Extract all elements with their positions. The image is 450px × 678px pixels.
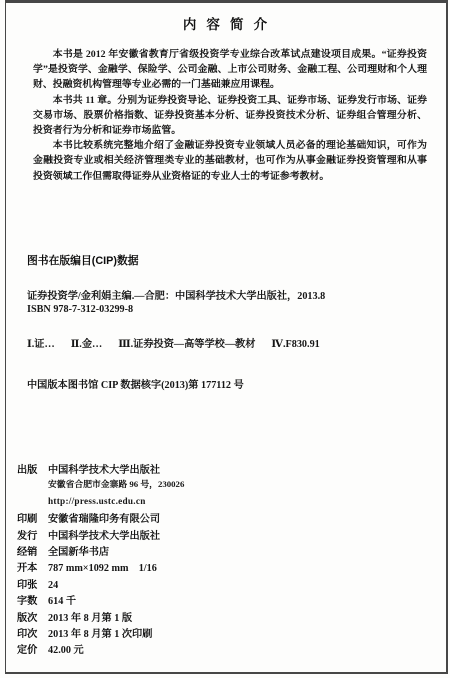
colophon-row: 出版中国科学技术大学出版社 [17, 461, 430, 477]
colophon-row: 字数614 千 [17, 592, 430, 608]
colophon-value: 2013 年 8 月第 1 版 [48, 609, 132, 624]
cip-isbn-line: ISBN 978-7-312-03299-8 [27, 304, 133, 315]
colophon-label: 开本 [17, 559, 48, 574]
colophon-row: 经销全国新华书店 [17, 543, 430, 559]
publisher-url: http://press.ustc.edu.cn [48, 494, 430, 510]
colophon-section: 出版中国科学技术大学出版社安徽省合肥市金寨路 96 号，230026http:/… [17, 461, 430, 658]
cip-classification-segment: Ⅱ.金… [71, 339, 103, 350]
summary-paragraph: 本书比较系统完整地介绍了金融证券投资专业领域人员必备的理论基础知识，可作为金融投… [33, 138, 427, 184]
colophon-value: 614 千 [48, 592, 76, 607]
colophon-label: 版次 [17, 609, 48, 624]
cip-heading: 图书在版编目(CIP)数据 [27, 253, 139, 268]
colophon-row: 开本787 mm×1092 mm 1/16 [17, 559, 430, 575]
colophon-row: 版次2013 年 8 月第 1 版 [17, 609, 430, 625]
colophon-row: 定价42.00 元 [17, 641, 430, 657]
colophon-value: 中国科学技术大学出版社 [48, 527, 160, 542]
summary-title: 内容简介 [0, 13, 450, 33]
colophon-row: 印刷安徽省瑞隆印务有限公司 [17, 510, 430, 526]
colophon-value: 787 mm×1092 mm 1/16 [48, 559, 157, 574]
summary-paragraphs: 本书是 2012 年安徽省教育厅省级投资学专业综合改革试点建设项目成果。“证券投… [33, 47, 427, 184]
cip-classification-line: Ⅰ.证…Ⅱ.金…Ⅲ.证券投资—高等学校—教材Ⅳ.F830.91 [27, 335, 320, 350]
cip-classification-segment: Ⅳ.F830.91 [271, 339, 319, 350]
colophon-value: 中国科学技术大学出版社 [48, 461, 160, 476]
colophon-value: 安徽省瑞隆印务有限公司 [48, 510, 160, 525]
colophon-label: 字数 [17, 592, 48, 607]
summary-paragraph: 本书共 11 章。分别为证券投资导论、证券投资工具、证券市场、证券发行市场、证券… [33, 93, 427, 139]
colophon-value: 24 [48, 580, 58, 591]
colophon-label: 印刷 [17, 510, 48, 525]
publisher-address: 安徽省合肥市金寨路 96 号，230026 [48, 477, 430, 493]
colophon-label: 出版 [17, 461, 48, 476]
colophon-value: 2013 年 8 月第 1 次印刷 [48, 625, 152, 640]
summary-paragraph: 本书是 2012 年安徽省教育厅省级投资学专业综合改革试点建设项目成果。“证券投… [33, 47, 427, 93]
cip-classification-segment: Ⅰ.证… [27, 339, 55, 350]
colophon-row: 印次2013 年 8 月第 1 次印刷 [17, 625, 430, 641]
cip-record-line: 中国版本图书馆 CIP 数据核字(2013)第 177112 号 [27, 376, 244, 391]
colophon-row: 发行中国科学技术大学出版社 [17, 527, 430, 543]
colophon-row: 印张24 [17, 576, 430, 592]
colophon-label: 经销 [17, 543, 48, 558]
colophon-value: 全国新华书店 [48, 543, 109, 558]
colophon-value: 42.00 元 [48, 641, 84, 656]
colophon-label: 发行 [17, 527, 48, 542]
cip-title-line: 证券投资学/金利娟主编.—合肥：中国科学技术大学出版社，2013.8 [27, 287, 325, 302]
book-copyright-page: { "summary": { "title": "内容简介", "paragra… [0, 0, 450, 678]
cip-classification-segment: Ⅲ.证券投资—高等学校—教材 [118, 339, 255, 350]
colophon-label: 印张 [17, 576, 48, 591]
colophon-label: 定价 [17, 641, 48, 656]
colophon-label: 印次 [17, 625, 48, 640]
